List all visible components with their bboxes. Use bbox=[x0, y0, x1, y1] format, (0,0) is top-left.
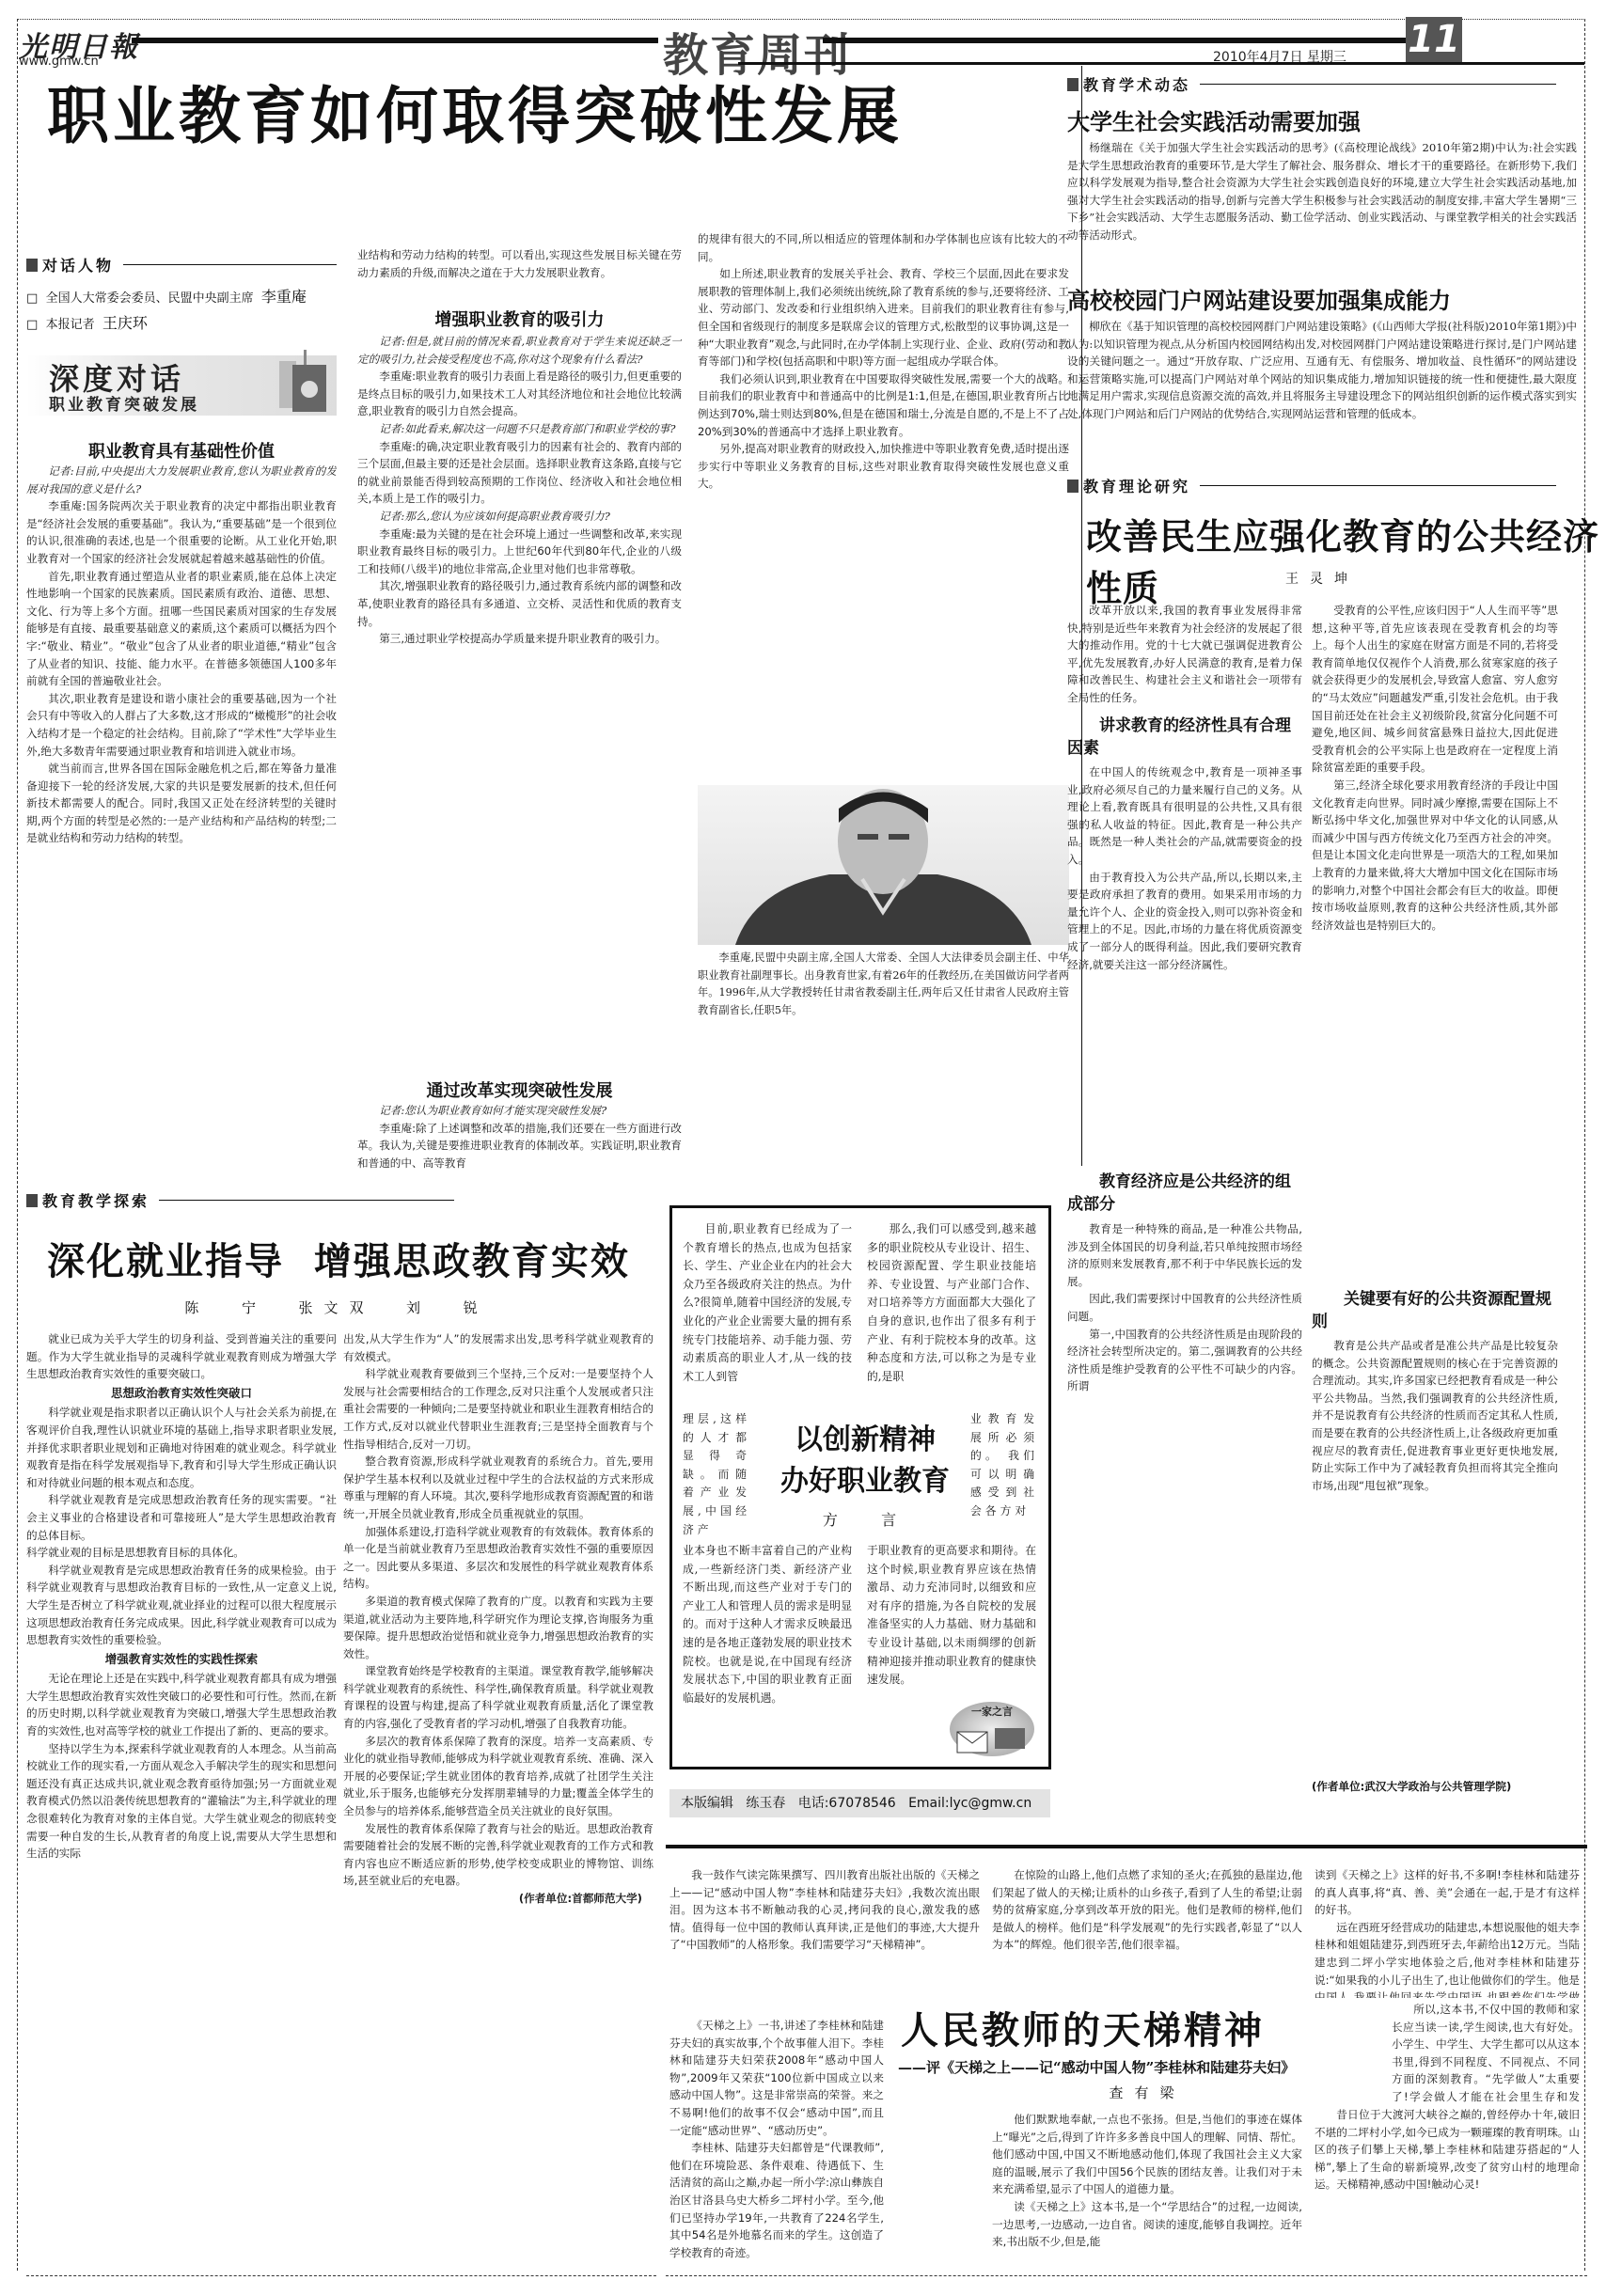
page-number: 11 bbox=[1406, 17, 1462, 62]
review-col3-top: 读到《天梯之上》这样的好书,不多啊!李桂林和陆建芬的真人真事,将“真、善、美”会… bbox=[1315, 1866, 1580, 1998]
theory-col1-c: 教育是一种特殊的商品,是一种准公共物品,涉及到全体国民的切身利益,若只单纯按照市… bbox=[1067, 1220, 1302, 1803]
news-body-2: 柳欣在《基于知识管理的高校校园网群门户网站建设策略》(《山西师大学报(社科版)2… bbox=[1067, 318, 1577, 459]
header-rule-left bbox=[132, 38, 658, 43]
review-col1-b: 《天梯之上》一书,讲述了李桂林和陆建芬夫妇的真实故事,个个故事催人泪下。李桂林和… bbox=[669, 2017, 884, 2271]
book-review-top-rule bbox=[666, 1845, 1587, 1848]
review-col3-bottom: 昔日位于大渡河大峡谷之巅的,曾经停办十年,破旧不堪的二坪村小学,如今已成为一颗璀… bbox=[1315, 2106, 1580, 2275]
square-bullet-icon bbox=[1067, 480, 1079, 493]
main-article-col2-top: 业结构和劳动力结构的转型。可以看出,实现这些发展目标关键在劳动力素质的升级,而解… bbox=[357, 246, 682, 303]
opinion-col2-narrow: 业教育发展所必须的。 我们可以明确感受到社会各方对 bbox=[970, 1410, 1038, 1542]
envelope-icon bbox=[950, 1719, 1034, 1756]
review-bottom-rule bbox=[666, 2275, 1587, 2276]
opinion-col1-top: 目前,职业教育已经成为了一个教育增长的热点,也成为包括家长、学生、产业企业在内的… bbox=[683, 1220, 852, 1408]
section-label-exploration: 教育教学探索 bbox=[26, 1189, 454, 1211]
main-article-col1: 记者:目前,中央提出大力发展职业教育,您认为职业教育的发展对我国的意义是什么? … bbox=[26, 463, 337, 1177]
subhead-basic-value: 职业教育具有基础性价值 bbox=[26, 438, 337, 463]
section-label-theory: 教育理论研究 bbox=[1067, 475, 1556, 496]
dialogue-section: 对话人物 □ 全国人大常委会委员、民盟中央副主席 李重庵 □ 本报记者 王庆环 bbox=[26, 254, 337, 338]
review-col2-bottom: 他们默默地奉献,一点也不张扬。但是,当他们的事迹在媒体上“曝光”之后,得到了许许… bbox=[992, 2111, 1302, 2275]
square-bullet-icon bbox=[26, 1194, 38, 1207]
theory-author: 王灵坤 bbox=[1067, 569, 1577, 588]
square-bullet-icon bbox=[26, 259, 38, 272]
main-article-col2: 记者:但是,就目前的情况来看,职业教育对于学生来说还缺乏一定的吸引力,社会接受程… bbox=[357, 333, 682, 1029]
exploration-subhead-2: 增强教育实效性的实践性探索 bbox=[26, 1651, 337, 1669]
theory-col1-b: 在中国人的传统观念中,教育是一项神圣事业,政府必须尽自己的力量来履行自己的义务。… bbox=[1067, 763, 1302, 1149]
theory-subhead-3: 关键要有好的公共资源配置规则 bbox=[1312, 1288, 1558, 1333]
opinion-col2-top: 那么,我们可以感受到,越来越多的职业院校从专业设计、招生、校园资源配置、学生职业… bbox=[867, 1220, 1036, 1408]
review-headline: 人民教师的天梯精神 bbox=[901, 2001, 1265, 2054]
editor-email-link[interactable]: Email:lyc@gmw.cn bbox=[908, 1796, 1031, 1811]
person-portrait-icon bbox=[698, 785, 1069, 945]
editor-info-bar: 本版编辑 练玉春 电话:67078546 Email:lyc@gmw.cn bbox=[669, 1789, 1050, 1817]
theory-subhead-1: 讲求教育的经济性具有合理因素 bbox=[1067, 715, 1302, 760]
news-headline-2: 高校校园门户网站建设要加强集成能力 bbox=[1067, 282, 1451, 315]
opinion-col1-bottom: 业本身也不断丰富着自己的产业构成,一些新经济门类、新经济产业不断出现,而这些产业… bbox=[683, 1542, 852, 1739]
main-article-col2-bottom: 记者:您认为职业教育如何才能实现突破性发展? 李重庵:除了上述调整和改革的措施,… bbox=[357, 1102, 682, 1173]
deep-dialogue-banner: 深度对话 职业教育突破发展 bbox=[26, 355, 337, 416]
header-underline bbox=[738, 62, 1584, 65]
exploration-col1: 就业已成为关乎大学生的切身利益、受到普遍关注的重要问题。作为大学生就业指导的灵魂… bbox=[26, 1330, 337, 2275]
theory-col2-b: 教育是公共产品或者是准公共产品是比较复杂的概念。公共资源配置规则的核心在于完善资… bbox=[1312, 1337, 1558, 1775]
theory-affiliation: (作者单位:武汉大学政治与公共管理学院) bbox=[1312, 1779, 1558, 1794]
portrait-photo bbox=[698, 785, 1069, 945]
review-col3-mid: 所以,这本书,不仅中国的教师和家长应当读一读,学生阅读,也大有好处。小学生、中学… bbox=[1392, 2001, 1580, 2104]
exploration-headline: 深化就业指导 增强思政教育实效 bbox=[47, 1232, 630, 1285]
news-headline-1: 大学生社会实践活动需要加强 bbox=[1067, 103, 1361, 136]
exploration-subhead-1: 思想政治教育实效性突破口 bbox=[26, 1385, 337, 1403]
square-bullet-icon bbox=[1067, 78, 1079, 91]
review-author: 查有梁 bbox=[992, 2083, 1302, 2102]
main-article-col3: 的规律有很大的不同,所以相适应的管理体制和办学体制也应该有比较大的不同。 如上所… bbox=[698, 230, 1069, 776]
opinion-col1-narrow: 理层,这样的人才都显得奇缺。而随着产业发展,中国经济产 bbox=[683, 1410, 750, 1542]
opinion-headline: 以创新精神 办好职业教育 bbox=[762, 1420, 968, 1502]
photo-caption: 李重庵,民盟中央副主席,全国人大常委、全国人大法律委员会副主任、中华职业教育社副… bbox=[698, 950, 1069, 1025]
one-voice-badge: 一家之言 bbox=[950, 1702, 1034, 1756]
theory-col2-a: 受教育的公平性,应该归因于“人人生而平等”思想,这种平等,首先应该表现在受教育机… bbox=[1312, 602, 1558, 1297]
participant: □ 全国人大常委会委员、民盟中央副主席 李重庵 bbox=[26, 285, 337, 311]
section-label-academic: 教育学术动态 bbox=[1067, 73, 1556, 95]
theory-col1-a: 改革开放以来,我国的教育事业发展得非常快,特别是近些年来教育为社会经济的发展起了… bbox=[1067, 602, 1302, 705]
section-label-dialogue: 对话人物 bbox=[26, 254, 337, 275]
review-col2-top: 在惊险的山路上,他们点燃了求知的圣火;在孤独的悬崖边,他们架起了做人的天梯;让质… bbox=[992, 1866, 1302, 2017]
opinion-col2-bottom: 于职业教育的更高要求和期待。在这个时候,职业教育界应该在热情激昂、动力充沛同时,… bbox=[867, 1542, 1036, 1702]
theory-subhead-2: 教育经济应是公共经济的组成部分 bbox=[1067, 1171, 1302, 1216]
theory-headline: 改善民生应强化教育的公共经济性质 bbox=[1086, 508, 1606, 611]
participant: □ 本报记者 王庆环 bbox=[26, 311, 337, 338]
exploration-bottom-rule bbox=[26, 2275, 656, 2276]
header-rule-right bbox=[823, 38, 1406, 43]
news-body-1: 杨继瑞在《关于加强大学生社会实践活动的思考》(《高校理论战线》2010年第2期)… bbox=[1067, 139, 1577, 280]
exploration-authors: 陈 宁 张文双 刘 锐 bbox=[26, 1297, 647, 1317]
review-subtitle: ——评《天梯之上——记“感动中国人物”李桂林和陆建芬夫妇》 bbox=[898, 2057, 1295, 2077]
opinion-author: 方 言 bbox=[762, 1508, 968, 1530]
lotus-screen-icon bbox=[276, 348, 332, 416]
subhead-reform: 通过改革实现突破性发展 bbox=[357, 1077, 682, 1102]
exploration-col2: 出发,从大学生作为“人”的发展需求出发,思考科学就业观教育的有效模式。 科学就业… bbox=[343, 1330, 653, 2271]
main-headline: 职业教育如何取得突破性发展 bbox=[47, 66, 903, 155]
subhead-attraction: 增强职业教育的吸引力 bbox=[357, 307, 682, 331]
exploration-affiliation: (作者单位:首都师范大学) bbox=[343, 1890, 653, 1908]
participants: □ 全国人大常委会委员、民盟中央副主席 李重庵 □ 本报记者 王庆环 bbox=[26, 285, 337, 338]
